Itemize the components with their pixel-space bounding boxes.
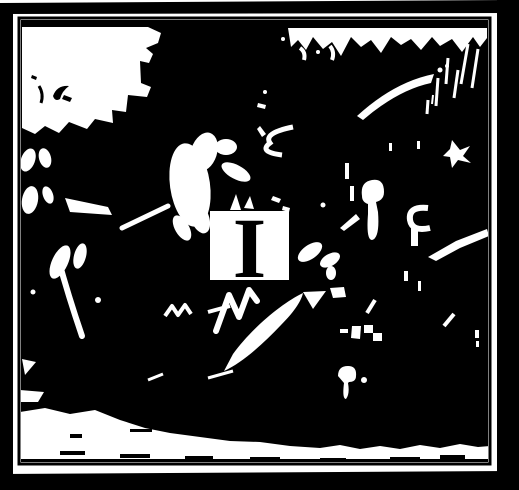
- woodcut-initial-illustration: I: [0, 0, 519, 490]
- initial-letter-box: I: [210, 211, 289, 280]
- initial-letter: I: [233, 205, 266, 291]
